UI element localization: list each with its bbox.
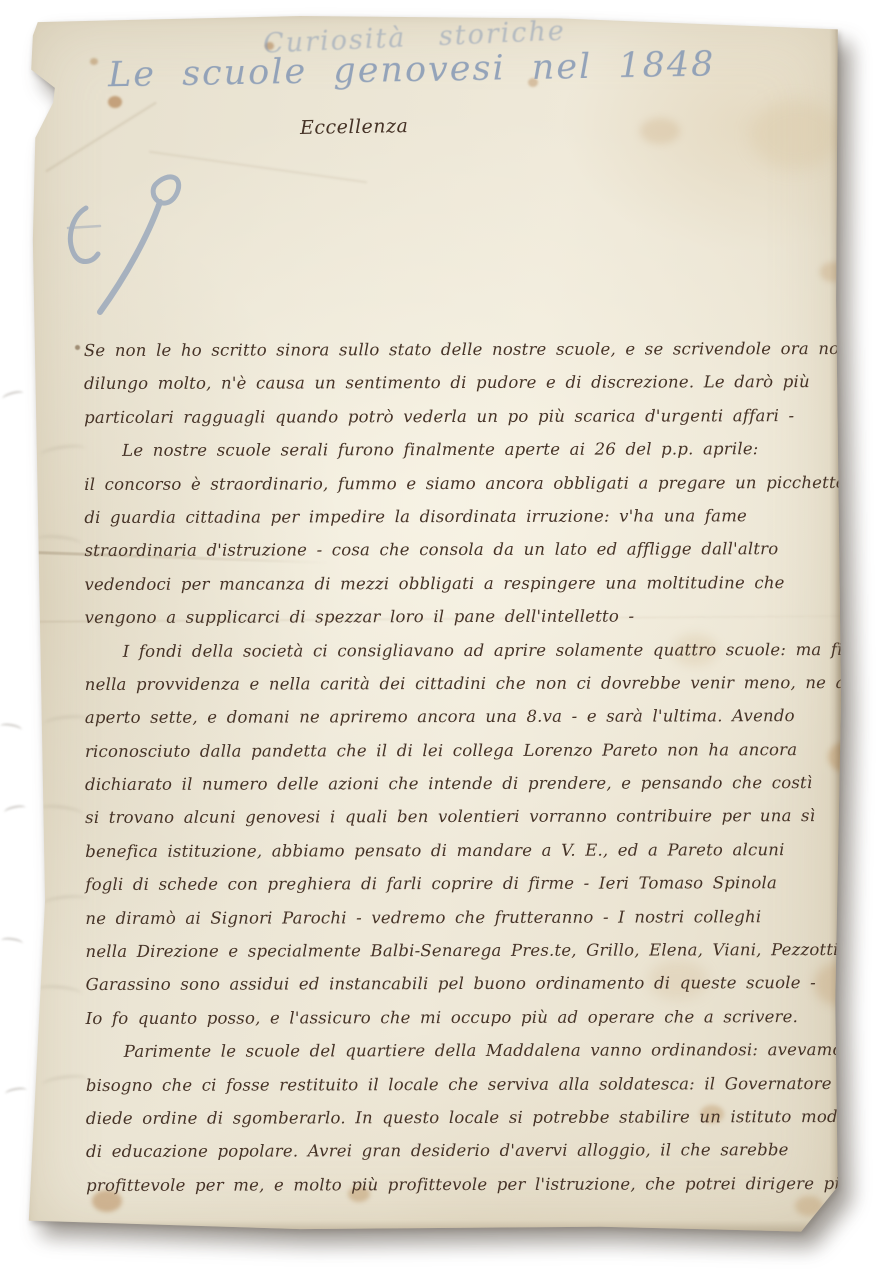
letter-line: Garassino sono assidui ed instancabili p… [86, 966, 842, 1001]
letter-line: bisogno che ci fosse restituito il local… [86, 1067, 842, 1102]
letter-line: fogli di schede con preghiera di farli c… [85, 866, 841, 901]
letter-line: nella Direzione e specialmente Balbi-Sen… [85, 933, 841, 968]
pencil-margin-mark [48, 166, 198, 316]
paragraph-1: Se non le ho scritto sinora sullo stato … [84, 332, 840, 434]
edge-bleed-mark [3, 804, 26, 816]
letter-page: Curiosità storiche Le scuole genovesi ne… [28, 16, 841, 1234]
show-through-mark [37, 803, 84, 821]
edge-bleed-mark [0, 722, 23, 734]
edge-bleed-mark [4, 1086, 27, 1098]
letter-line: Parimente le scuole del quartiere della … [86, 1033, 842, 1068]
show-through-mark [39, 443, 86, 461]
letter-line: benefica istituzione, abbiamo pensato di… [85, 833, 841, 868]
foxing-stain [108, 96, 122, 108]
letter-line: di educazione popolare. Avrei gran desid… [86, 1133, 842, 1168]
show-through-mark [35, 534, 82, 551]
letter-line: vengono a supplicarci di spezzar loro il… [85, 599, 841, 634]
letter-line: profittevole per me, e molto più profitt… [86, 1167, 842, 1202]
letter-line: I fondi della società ci consigliavano a… [85, 633, 841, 668]
letter-line: diede ordine di sgomberarlo. In questo l… [86, 1100, 842, 1135]
pencil-annotation-title: Le scuole genovesi nel 1848 [108, 45, 716, 96]
letter-line: Io fo quanto posso, e l'assicuro che mi … [86, 1000, 842, 1035]
show-through-mark [44, 714, 91, 730]
letter-line: riconosciuto dalla pandetta che il di le… [85, 733, 841, 768]
edge-bleed-mark [1, 389, 24, 402]
paper-crease [45, 102, 156, 173]
letter-line: il concorso è straordinario, fummo e sia… [84, 466, 840, 501]
letter-line: dilungo molto, n'è causa un sentimento d… [84, 365, 840, 400]
scan-canvas: { "document": { "pencil_annotations": { … [0, 0, 883, 1280]
paragraph-2: Le nostre scuole serali furono finalment… [84, 432, 841, 634]
letter-line: aperto sette, e domani ne apriremo ancor… [85, 699, 841, 734]
letter-line: particolari ragguagli quando potrò veder… [84, 399, 840, 434]
letter-line: vedendoci per mancanza di mezzi obbligat… [84, 566, 840, 601]
letter-line: ne diramò ai Signori Parochi - vedremo c… [85, 900, 841, 935]
edge-bleed-mark [1, 937, 24, 948]
paragraph-3: I fondi della società ci consigliavano a… [85, 633, 842, 1036]
letter-line: straordinaria d'istruzione - cosa che co… [84, 532, 840, 567]
foxing-stain [640, 118, 680, 144]
show-through-mark [36, 984, 83, 1000]
letter-body: Se non le ho scritto sinora sullo stato … [84, 332, 842, 1202]
letter-line: si trovano alcuni genovesi i quali ben v… [85, 799, 841, 834]
show-through-mark [41, 1073, 88, 1091]
letter-line: Le nostre scuole serali furono finalment… [84, 432, 840, 467]
foxing-stain [828, 742, 862, 772]
foxing-stain [75, 345, 80, 350]
salutation: Eccellenza [300, 115, 409, 139]
letter-line: dichiarato il numero delle azioni che in… [85, 766, 841, 801]
foxing-stain [820, 262, 846, 282]
foxing-stain [90, 58, 98, 65]
paper-shadow: Curiosità storiche Le scuole genovesi ne… [28, 16, 841, 1234]
letter-line: di guardia cittadina per impedire la dis… [84, 499, 840, 534]
foxing-stain [750, 100, 840, 170]
letter-line: nella provvidenza e nella carità dei cit… [85, 666, 841, 701]
letter-line: Se non le ho scritto sinora sullo stato … [84, 332, 840, 367]
paragraph-4: Parimente le scuole del quartiere della … [86, 1033, 842, 1202]
show-through-mark [41, 894, 88, 911]
